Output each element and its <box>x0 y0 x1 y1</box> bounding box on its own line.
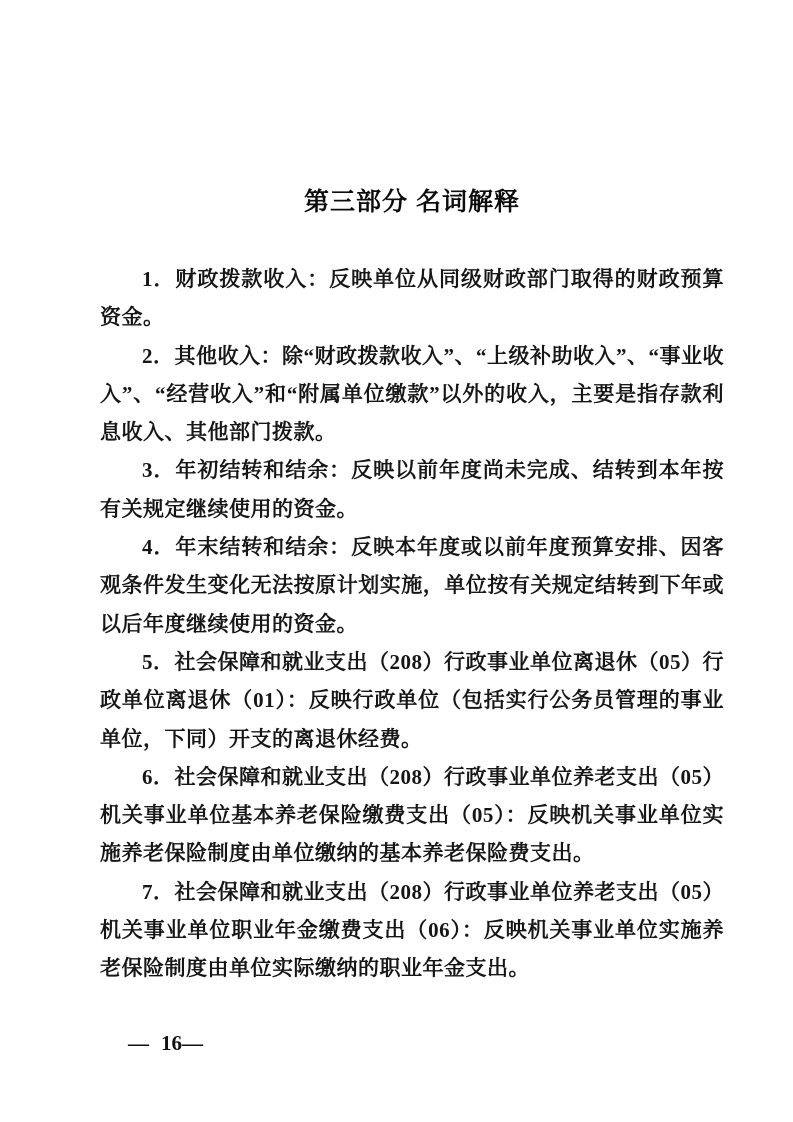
glossary-paragraph-7: 7．社会保障和就业支出（208）行政事业单位养老支出（05）机关事业单位职业年金… <box>100 873 724 988</box>
glossary-paragraph-2: 2．其他收入：除“财政拨款收入”、“上级补助收入”、“事业收入”、“经营收入”和… <box>100 337 724 452</box>
page-title: 第三部分 名词解释 <box>100 186 724 218</box>
glossary-paragraph-5: 5．社会保障和就业支出（208）行政事业单位离退休（05）行政单位离退休（01）… <box>100 643 724 758</box>
glossary-paragraph-4: 4．年末结转和结余：反映本年度或以前年度预算安排、因客观条件发生变化无法按原计划… <box>100 528 724 643</box>
page-number: 16 <box>161 1031 182 1055</box>
document-content: 第三部分 名词解释 1．财政拨款收入：反映单位从同级财政部门取得的财政预算资金。… <box>100 186 724 988</box>
page-number-dash-left: — <box>128 1031 149 1055</box>
glossary-paragraph-3: 3．年初结转和结余：反映以前年度尚未完成、结转到本年按有关规定继续使用的资金。 <box>100 451 724 528</box>
glossary-paragraph-1: 1．财政拨款收入：反映单位从同级财政部门取得的财政预算资金。 <box>100 260 724 337</box>
page-footer: —16— <box>128 1031 203 1056</box>
glossary-paragraph-6: 6．社会保障和就业支出（208）行政事业单位养老支出（05）机关事业单位基本养老… <box>100 758 724 873</box>
page-number-dash-right: — <box>182 1031 203 1055</box>
document-page: 第三部分 名词解释 1．财政拨款收入：反映单位从同级财政部门取得的财政预算资金。… <box>0 0 793 1122</box>
